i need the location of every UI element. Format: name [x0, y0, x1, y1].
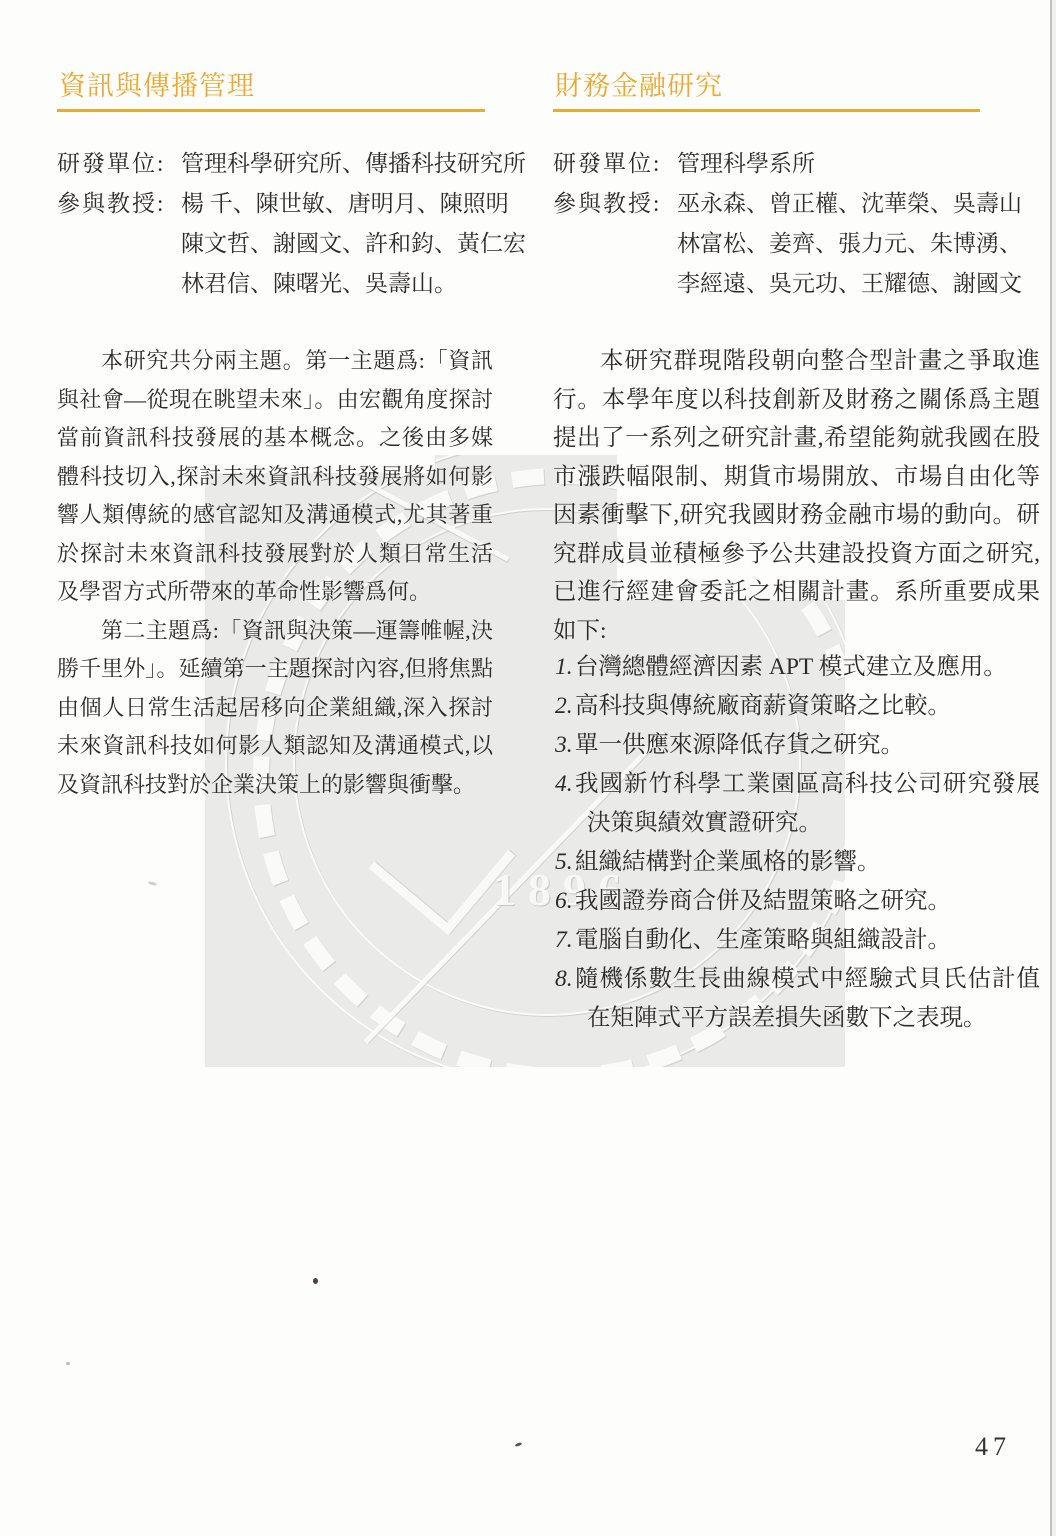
results-list: 1.台灣總體經濟因素 APT 模式建立及應用。 2.高科技與傳統廠商薪資策略之比… [553, 648, 1040, 1038]
meta-value-line: 林君信、陳曙光、吳壽山。 [181, 264, 493, 304]
list-item: 2.高科技與傳統廠商薪資策略之比較。 [553, 687, 1040, 726]
right-body-text: 本研究群現階段朝向整合型計畫之爭取進行。本學年度以科技創新及財務之關係爲主題提出… [553, 342, 1040, 650]
list-item-number: 8. [555, 960, 573, 999]
list-item-number: 3. [555, 726, 573, 765]
meta-value-line: 楊 千、陳世敏、唐明月、陳照明 [181, 184, 493, 224]
scan-speck [66, 1362, 70, 1365]
meta-value-line: 陳文哲、謝國文、許和鈞、黃仁宏 [181, 224, 493, 264]
list-item: 1.台灣總體經濟因素 APT 模式建立及應用。 [553, 648, 1040, 687]
meta-row-professors: 參與教授: 巫永森、曾正權、沈華榮、吳壽山 林富松、姜齊、張力元、朱博湧、 李經… [553, 184, 1040, 304]
meta-label-unit: 研發單位: [57, 144, 165, 184]
right-column: 財務金融研究 研發單位: 管理科學系所 參與教授: 巫永森、曾正權、沈華榮、吳壽… [553, 64, 1040, 112]
list-item-text: 台灣總體經濟因素 APT 模式建立及應用。 [575, 654, 1007, 680]
meta-value-line: 林富松、姜齊、張力元、朱博湧、 [677, 224, 1040, 264]
page-number: 47 [975, 1432, 1011, 1462]
meta-label-unit: 研發單位: [553, 144, 661, 184]
scanned-document-page: 1896 資訊與傳播管理 研發單位: 管理科學研究所、傳播科技研究所 參與教授:… [0, 0, 1056, 1536]
list-item-text: 我國新竹科學工業園區高科技公司研究發展決策與績效實證研究。 [575, 771, 1040, 836]
list-item-number: 2. [555, 687, 573, 726]
list-item-text: 單一供應來源降低存貨之研究。 [575, 732, 904, 758]
meta-label-professors: 參與教授: [553, 184, 661, 224]
meta-value-line: 管理科學系所 [677, 144, 1040, 184]
meta-value-line: 李經遠、吳元功、王耀德、謝國文 [677, 264, 1040, 304]
meta-row-unit: 研發單位: 管理科學系所 [553, 144, 1040, 184]
list-item: 3.單一供應來源降低存貨之研究。 [553, 726, 1040, 765]
body-paragraph: 本研究共分兩主題。第一主題爲:「資訊與社會—從現在眺望未來」。由宏觀角度探討當前… [57, 342, 493, 612]
body-paragraph: 本研究群現階段朝向整合型計畫之爭取進行。本學年度以科技創新及財務之關係爲主題提出… [553, 342, 1040, 650]
list-item: 5.組織結構對企業風格的影響。 [553, 843, 1040, 882]
list-item-number: 6. [555, 882, 573, 921]
scan-edge-line [1050, 0, 1052, 1536]
list-item-number: 4. [555, 765, 573, 804]
body-paragraph: 第二主題爲:「資訊與決策—運籌帷幄,決勝千里外」。延續第一主題探討內容,但將焦點… [57, 612, 493, 805]
list-item-text: 電腦自動化、生產策略與組織設計。 [575, 927, 951, 953]
list-item: 6.我國證券商合併及結盟策略之研究。 [553, 882, 1040, 921]
list-item-text: 高科技與傳統廠商薪資策略之比較。 [575, 693, 951, 719]
list-item-number: 7. [555, 921, 573, 960]
scan-edge-margin [1052, 0, 1056, 1536]
meta-label-professors: 參與教授: [57, 184, 165, 224]
list-item: 7.電腦自動化、生產策略與組織設計。 [553, 921, 1040, 960]
meta-row-professors: 參與教授: 楊 千、陳世敏、唐明月、陳照明 陳文哲、謝國文、許和鈞、黃仁宏 林君… [57, 184, 493, 304]
section-header-finance: 財務金融研究 [553, 64, 980, 112]
meta-value-line: 管理科學研究所、傳播科技研究所 [181, 144, 493, 184]
left-body-text: 本研究共分兩主題。第一主題爲:「資訊與社會—從現在眺望未來」。由宏觀角度探討當前… [57, 342, 493, 804]
list-item: 8.隨機係數生長曲線模式中經驗式貝氏估計值在矩陣式平方誤差損失函數下之表現。 [553, 960, 1040, 1038]
list-item-text: 組織結構對企業風格的影響。 [575, 849, 881, 875]
left-meta-block: 研發單位: 管理科學研究所、傳播科技研究所 參與教授: 楊 千、陳世敏、唐明月、… [57, 144, 493, 304]
section-header-info-communication: 資訊與傳播管理 [57, 64, 485, 112]
right-meta-block: 研發單位: 管理科學系所 參與教授: 巫永森、曾正權、沈華榮、吳壽山 林富松、姜… [553, 144, 1040, 304]
scan-speck [313, 1278, 318, 1284]
scan-speck [148, 881, 157, 886]
meta-row-unit: 研發單位: 管理科學研究所、傳播科技研究所 [57, 144, 493, 184]
list-item: 4.我國新竹科學工業園區高科技公司研究發展決策與績效實證研究。 [553, 765, 1040, 843]
scan-speck [515, 1442, 523, 1447]
list-item-text: 隨機係數生長曲線模式中經驗式貝氏估計值在矩陣式平方誤差損失函數下之表現。 [575, 966, 1040, 1031]
list-item-text: 我國證券商合併及結盟策略之研究。 [575, 888, 951, 914]
list-item-number: 5. [555, 843, 573, 882]
left-column: 資訊與傳播管理 研發單位: 管理科學研究所、傳播科技研究所 參與教授: 楊 千、… [57, 64, 493, 112]
meta-value-line: 巫永森、曾正權、沈華榮、吳壽山 [677, 184, 1040, 224]
list-item-number: 1. [555, 648, 573, 687]
